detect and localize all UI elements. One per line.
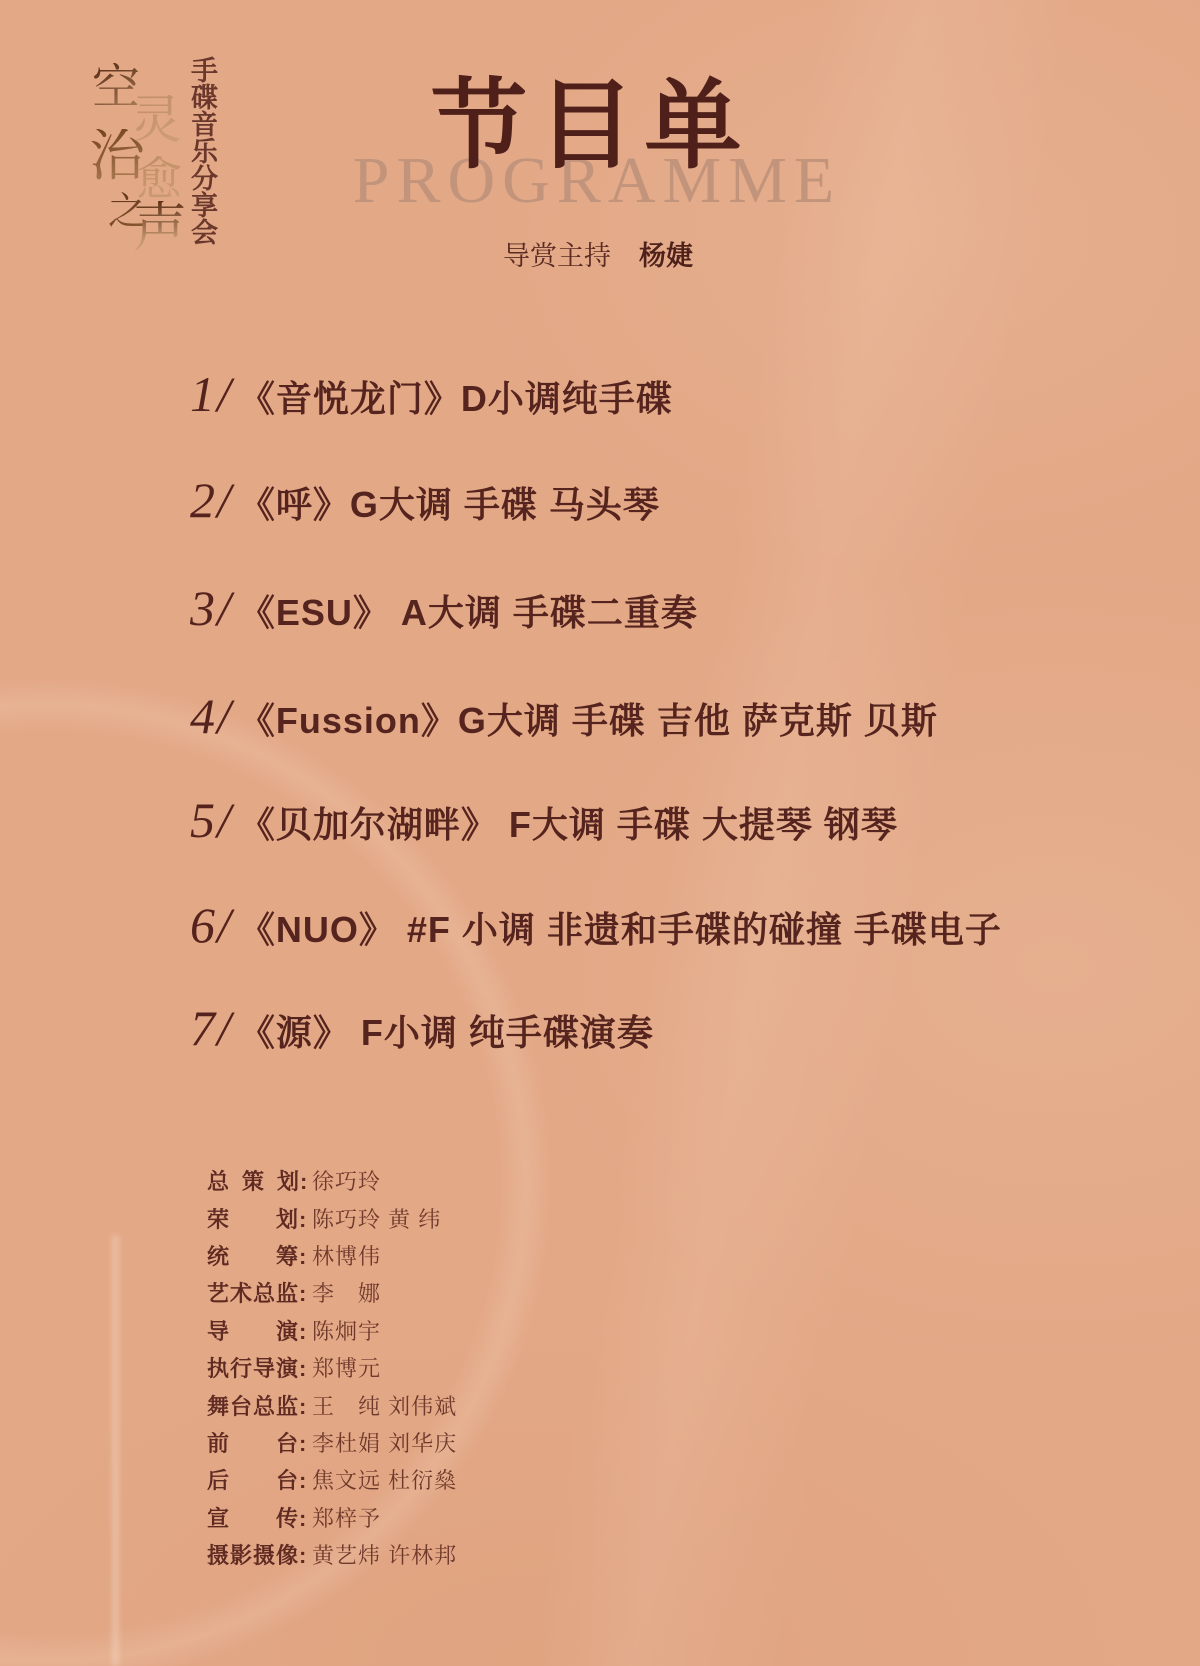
credit-role: 舞台总监: [207,1390,302,1421]
light-streak-decoration [112,1235,119,1666]
credit-role: 前 台: [207,1427,302,1458]
credit-names: 陈炯宇 [312,1315,381,1346]
programme-item-title: 《贝加尔湖畔》 F大调 手碟 大提琴 钢琴 [239,797,898,848]
programme-item-number: 2/ [190,475,233,525]
credit-row: 前 台: 李杜娟 刘华庆 [207,1424,457,1461]
calligraphy-char: 声 [133,201,187,255]
credit-row: 艺术总监: 李 娜 [207,1274,457,1311]
programme-item-number: 1/ [190,369,233,419]
credit-names: 林博伟 [312,1240,381,1271]
event-label-vertical: 手碟音乐分享会 [185,56,219,245]
programme-item-title: 《Fussion》G大调 手碟 吉他 萨克斯 贝斯 [239,693,938,744]
host-name: 杨婕 [639,241,693,271]
programme-item: 1/ 《音悦龙门》D小调纯手碟 [190,369,673,422]
credit-names: 郑梓予 [312,1502,381,1533]
credit-role: 后 台: [207,1464,302,1495]
credit-names: 陈巧玲 黄 纬 [312,1203,441,1234]
programme-item-title: 《ESU》 A大调 手碟二重奏 [239,585,698,636]
credit-names: 黄艺炜 许林邦 [312,1539,457,1570]
credit-row: 后 台: 焦文远 杜衍燊 [207,1461,457,1498]
credit-names: 焦文远 杜衍燊 [312,1464,457,1495]
credit-role: 荣 划: [207,1203,302,1234]
programme-item: 4/ 《Fussion》G大调 手碟 吉他 萨克斯 贝斯 [190,691,938,744]
credit-row: 摄影摄像: 黄艺炜 许林邦 [207,1536,457,1573]
programme-item-number: 7/ [190,1003,233,1053]
credit-role: 执行导演: [207,1352,302,1383]
credit-role: 导 演: [207,1315,302,1346]
programme-item-title: 《源》 F小调 纯手碟演奏 [239,1005,654,1056]
programme-poster: 空 灵 治 愈 之 声 手碟音乐分享会 PROGRAMME 节目单 导赏主持杨婕… [0,0,1200,1666]
credit-row: 舞台总监: 王 纯 刘伟斌 [207,1386,457,1423]
credit-names: 郑博元 [312,1352,381,1383]
credit-role: 摄影摄像: [207,1539,302,1570]
credit-row: 执行导演: 郑博元 [207,1349,457,1386]
credit-row: 总 策 划: 徐巧玲 [207,1162,457,1199]
credit-names: 王 纯 刘伟斌 [312,1390,457,1421]
host-line: 导赏主持杨婕 [503,234,693,273]
credit-row: 导 演: 陈炯宇 [207,1312,457,1349]
credit-row: 统 筹: 林博伟 [207,1237,457,1274]
programme-item: 7/ 《源》 F小调 纯手碟演奏 [190,1003,654,1056]
host-label: 导赏主持 [503,241,611,271]
programme-item: 5/ 《贝加尔湖畔》 F大调 手碟 大提琴 钢琴 [190,795,898,848]
programme-item: 6/ 《NUO》 #F 小调 非遗和手碟的碰撞 手碟电子 [190,900,1002,953]
programme-item-number: 6/ [190,900,233,950]
credit-role: 艺术总监: [207,1277,302,1308]
programme-item: 3/ 《ESU》 A大调 手碟二重奏 [190,583,698,636]
credit-row: 荣 划: 陈巧玲 黄 纬 [207,1199,457,1236]
credit-names: 李 娜 [312,1277,381,1308]
programme-item-number: 4/ [190,691,233,741]
credit-role: 宣 传: [207,1502,302,1533]
programme-item-number: 3/ [190,583,233,633]
credits-list: 总 策 划: 徐巧玲 荣 划: 陈巧玲 黄 纬 统 筹: 林博伟 艺术总监: 李… [207,1162,457,1573]
page-title: 节目单 [431,76,752,177]
credit-names: 李杜娟 刘华庆 [312,1427,457,1458]
credit-role: 总 策 划: [207,1165,302,1196]
programme-item-title: 《NUO》 #F 小调 非遗和手碟的碰撞 手碟电子 [239,902,1002,953]
programme-item-title: 《呼》G大调 手碟 马头琴 [239,477,660,528]
credit-names: 徐巧玲 [312,1165,381,1196]
credit-role: 统 筹: [207,1240,302,1271]
programme-item-number: 5/ [190,795,233,845]
programme-item: 2/ 《呼》G大调 手碟 马头琴 [190,475,660,528]
programme-item-title: 《音悦龙门》D小调纯手碟 [239,371,673,422]
credit-row: 宣 传: 郑梓予 [207,1499,457,1536]
